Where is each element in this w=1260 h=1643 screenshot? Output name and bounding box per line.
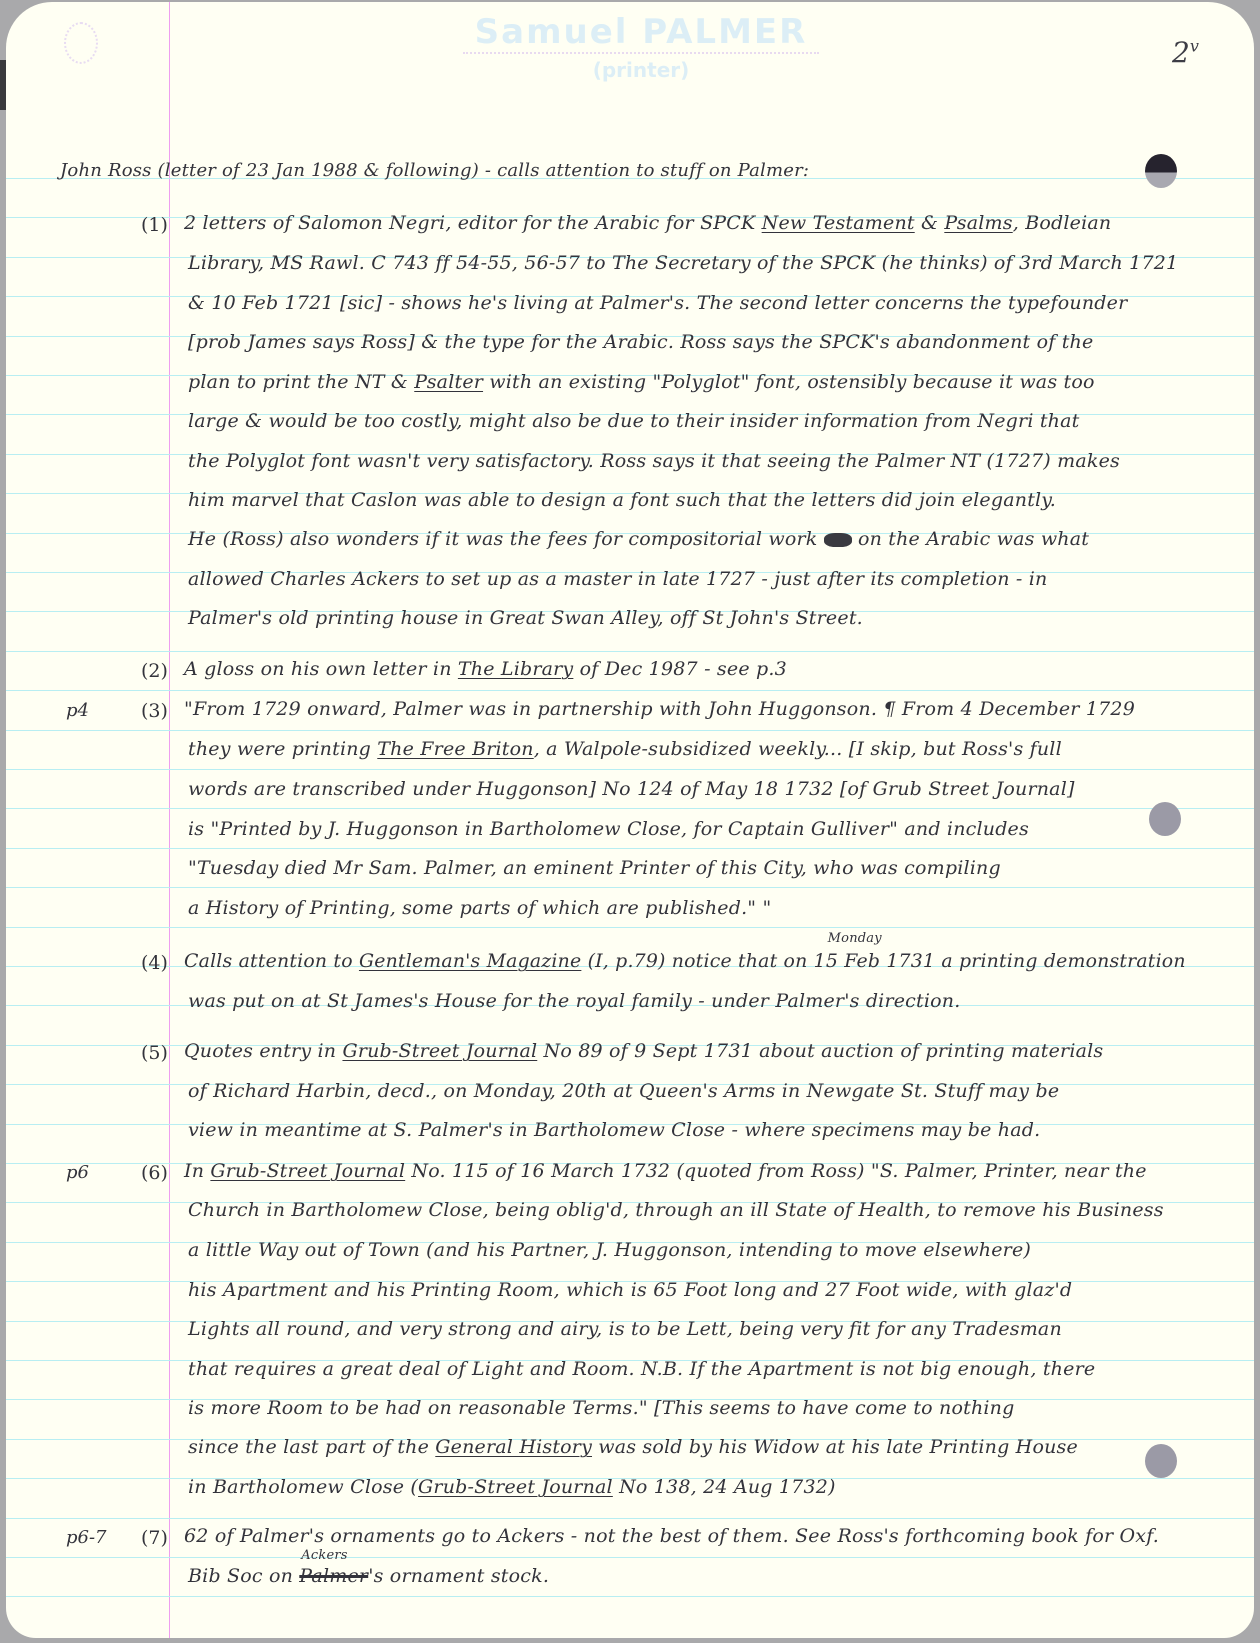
handwritten-line: Bib Soc on AckersPalmer's ornament stock… [188, 1567, 549, 1586]
handwritten-line: large & would be too costly, might also … [188, 412, 1079, 431]
handwritten-line: Church in Bartholomew Close, being oblig… [188, 1201, 1164, 1220]
item-number: (7) [141, 1527, 168, 1549]
ruled-line [6, 690, 1254, 691]
binder-hole-top [1145, 154, 1177, 188]
handwritten-line: him marvel that Caslon was able to desig… [188, 491, 1056, 510]
handwritten-line: "From 1729 onward, Palmer was in partner… [184, 700, 1135, 719]
ruled-line [6, 808, 1254, 809]
handwritten-line: the Polyglot font wasn't very satisfacto… [188, 452, 1120, 471]
item-number: (2) [141, 660, 168, 682]
binder-hole-bottom [1145, 1444, 1177, 1478]
handwritten-line: is more Room to be had on reasonable Ter… [188, 1399, 1014, 1418]
ruled-line [6, 848, 1254, 849]
item-number: (5) [141, 1042, 168, 1064]
handwritten-line: Lights all round, and very strong and ai… [188, 1320, 1062, 1339]
handwritten-line: is "Printed by J. Huggonson in Bartholom… [188, 820, 1029, 839]
handwritten-line: & 10 Feb 1721 [sic] - shows he's living … [188, 294, 1127, 313]
ruled-line [6, 1557, 1254, 1558]
handwritten-line: allowed Charles Ackers to set up as a ma… [188, 570, 1047, 589]
faint-stamp-mark [64, 22, 98, 64]
handwritten-line: 62 of Palmer's ornaments go to Ackers - … [184, 1527, 1159, 1546]
note-heading: John Ross (letter of 23 Jan 1988 & follo… [60, 162, 809, 180]
handwritten-line: since the last part of the General Histo… [188, 1438, 1078, 1457]
handwritten-line: In Grub-Street Journal No. 115 of 16 Mar… [184, 1162, 1147, 1181]
handwritten-line: A gloss on his own letter in The Library… [184, 660, 787, 679]
handwritten-line: [prob James says Ross] & the type for th… [188, 333, 1093, 352]
ruled-line [6, 1518, 1254, 1519]
handwritten-line: Palmer's old printing house in Great Swa… [188, 609, 863, 628]
item-number: (1) [141, 214, 168, 236]
verso-mark: v [1190, 37, 1199, 56]
margin-page-ref: p6-7 [66, 1527, 107, 1548]
stamp-subtitle: (printer) [461, 58, 821, 82]
handwritten-line: they were printing The Free Briton, a Wa… [188, 740, 1062, 759]
handwritten-line: was put on at St James's House for the r… [188, 992, 960, 1011]
ruled-line [6, 887, 1254, 888]
handwritten-line: Calls attention to Gentleman's Magazine … [184, 952, 1186, 971]
handwritten-line: a little Way out of Town (and his Partne… [188, 1241, 1031, 1260]
margin-page-ref: p6 [66, 1162, 89, 1183]
handwritten-line: words are transcribed under Huggonson] N… [188, 780, 1075, 799]
crossed-out-word [824, 533, 852, 547]
handwritten-line: 2 letters of Salomon Negri, editor for t… [184, 214, 1111, 233]
page-number-value: 2 [1172, 36, 1190, 69]
handwritten-line: view in meantime at S. Palmer's in Barth… [188, 1121, 1040, 1140]
handwritten-line: in Bartholomew Close (Grub-Street Journa… [188, 1478, 836, 1497]
handwritten-line: Quotes entry in Grub-Street Journal No 8… [184, 1042, 1103, 1061]
handwritten-line: Library, MS Rawl. C 743 ff 54-55, 56-57 … [188, 254, 1178, 273]
ruled-line [6, 730, 1254, 731]
faded-header-stamp: Samuel PALMER (printer) [461, 12, 821, 82]
ruled-line [6, 1596, 1254, 1597]
binder-hole-middle [1149, 802, 1181, 836]
handwritten-line: "Tuesday died Mr Sam. Palmer, an eminent… [188, 859, 1001, 878]
margin-line [169, 2, 170, 1638]
handwritten-line: plan to print the NT & Psalter with an e… [188, 373, 1095, 392]
ruled-line [6, 769, 1254, 770]
margin-page-ref: p4 [66, 700, 89, 721]
notebook-page: Samuel PALMER (printer) 2v John Ross (le… [6, 2, 1254, 1638]
ruled-line [6, 927, 1254, 928]
handwritten-line: his Apartment and his Printing Room, whi… [188, 1281, 1072, 1300]
handwritten-line: He (Ross) also wonders if it was the fee… [188, 530, 1089, 549]
stamp-title: Samuel PALMER [463, 12, 820, 54]
item-number: (6) [141, 1162, 168, 1184]
handwritten-line: that requires a great deal of Light and … [188, 1360, 1095, 1379]
item-number: (4) [141, 952, 168, 974]
handwritten-line: of Richard Harbin, decd., on Monday, 20t… [188, 1082, 1059, 1101]
page-number: 2v [1172, 36, 1199, 69]
handwritten-line: a History of Printing, some parts of whi… [188, 899, 771, 918]
item-number: (3) [141, 700, 168, 722]
ruled-line [6, 651, 1254, 652]
